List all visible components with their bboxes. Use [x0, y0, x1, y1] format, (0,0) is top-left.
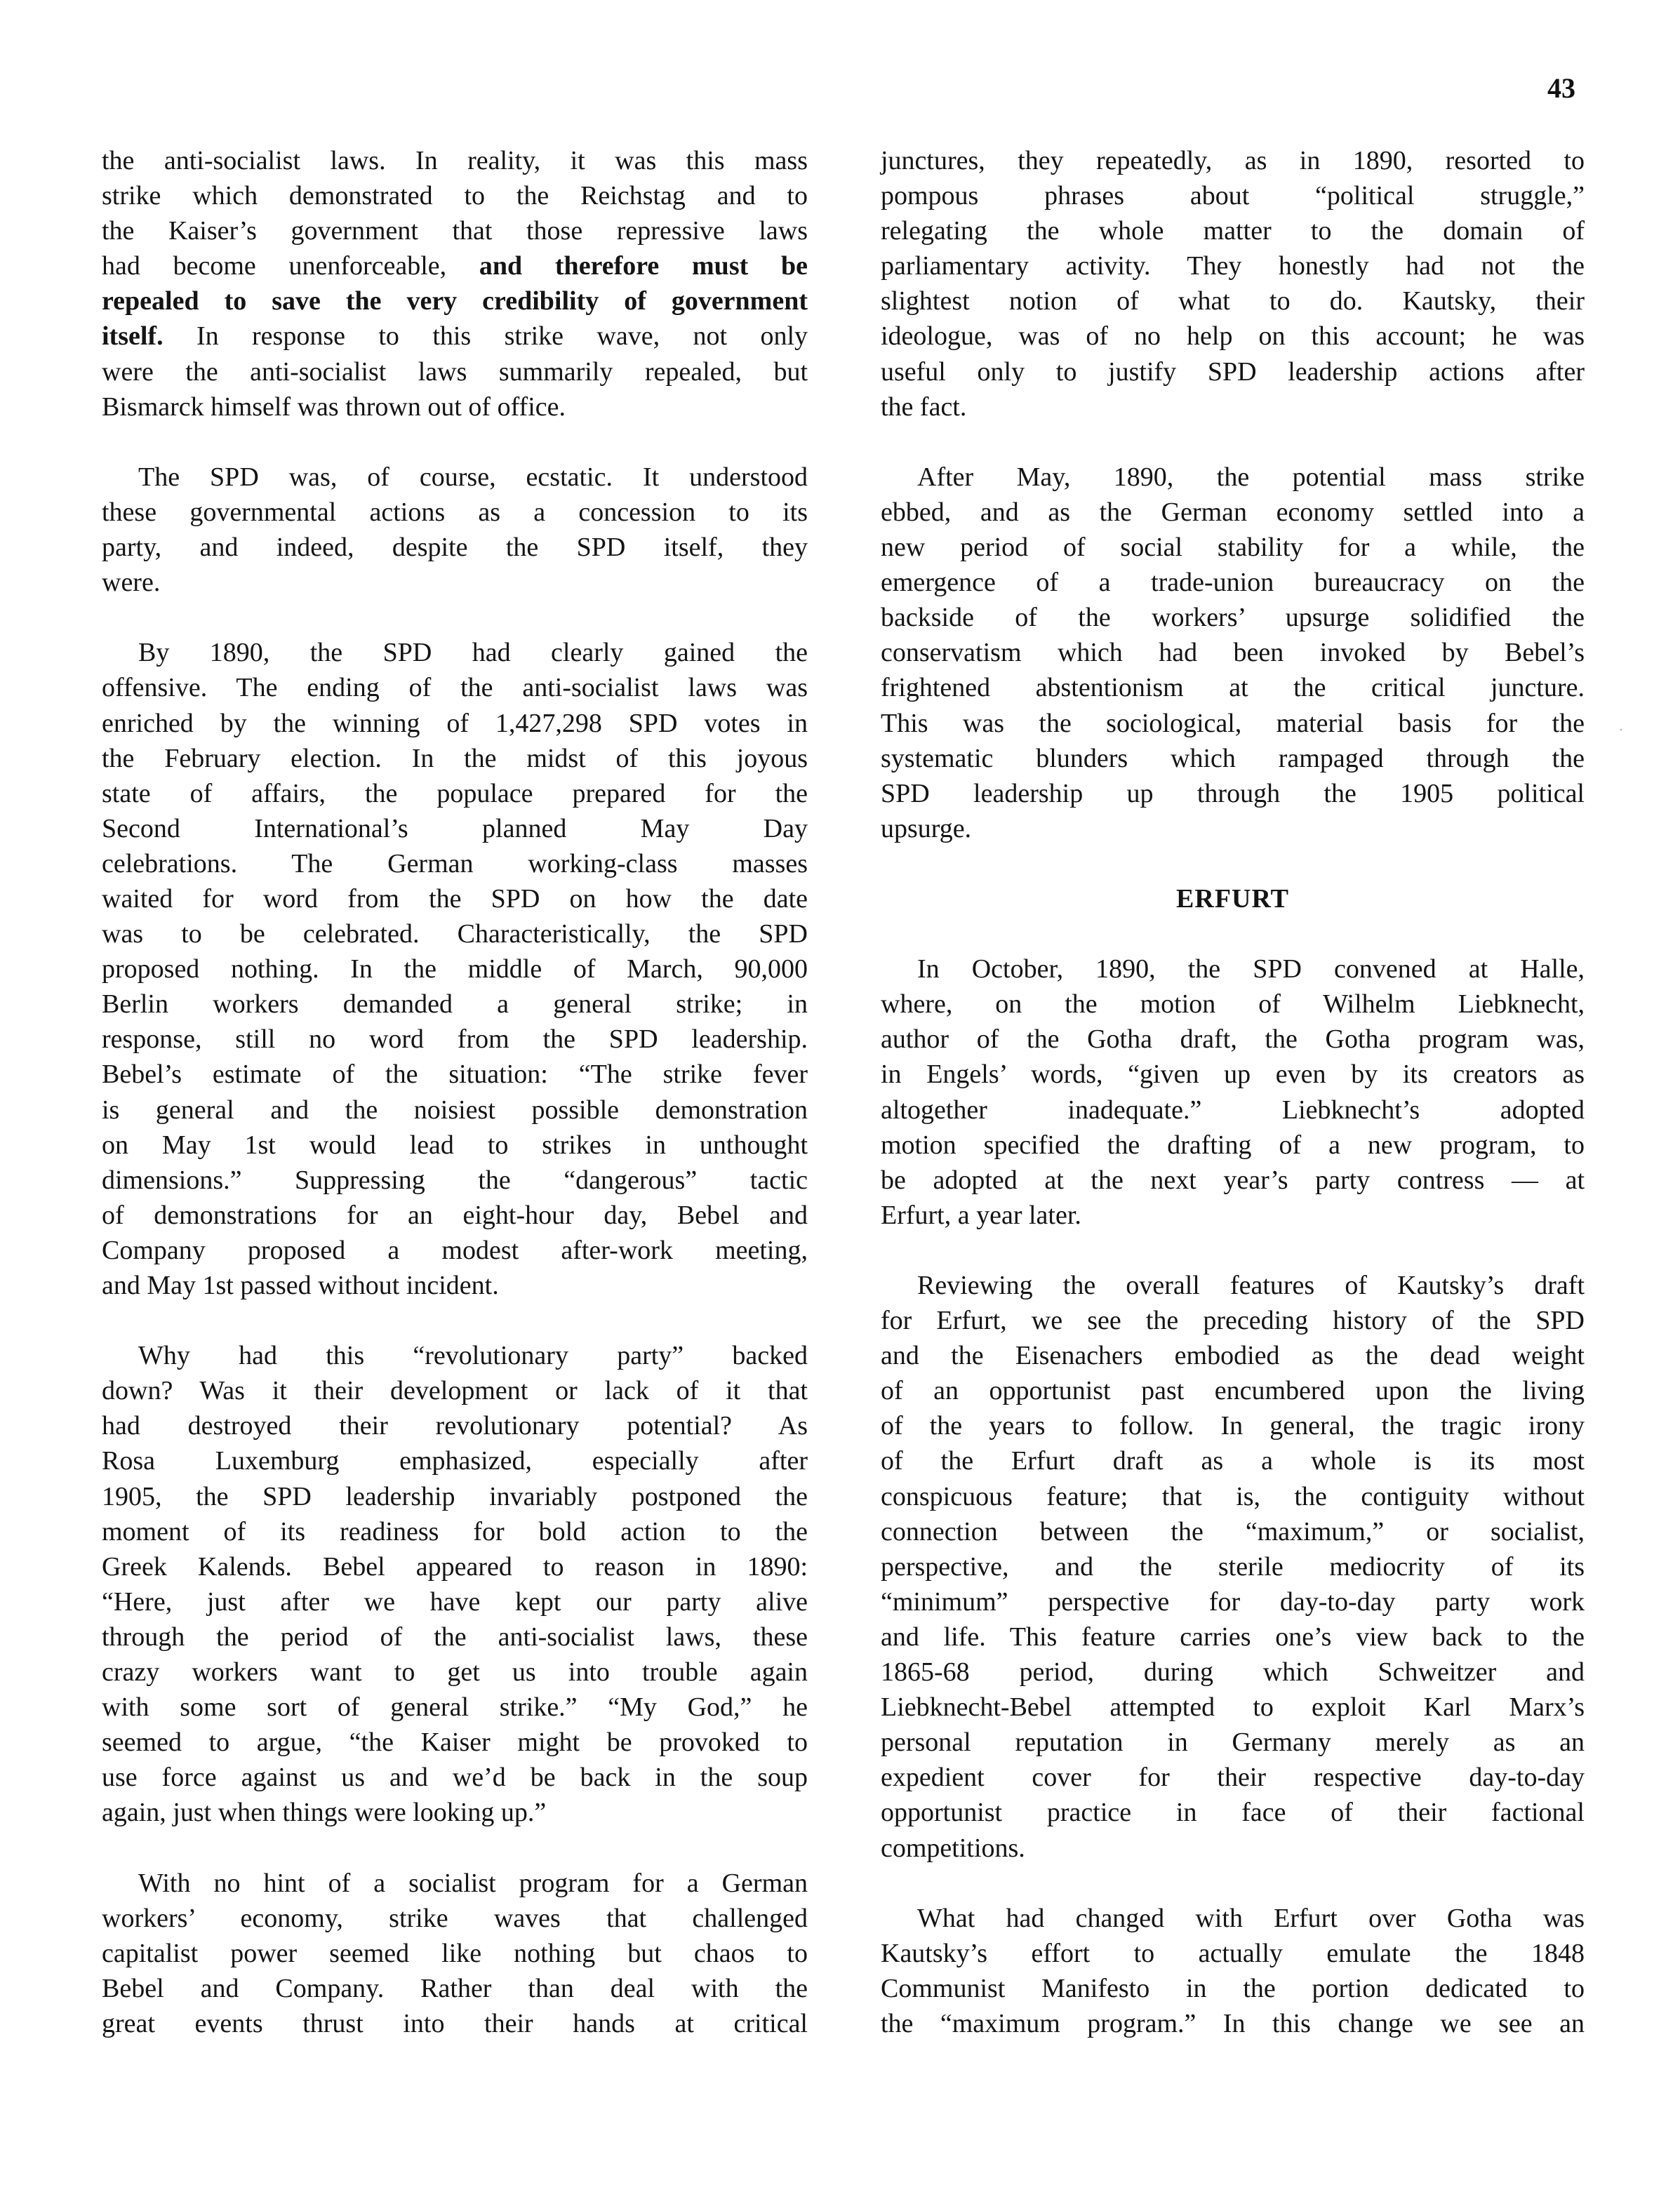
text-line: upsurge.	[881, 811, 1585, 846]
text-line-mixed: itself. In response to this strike wave,…	[102, 319, 808, 354]
text-line: The SPD was, of course, ecstatic. It und…	[102, 460, 808, 495]
text-line: through the period of the anti-socialist…	[102, 1619, 808, 1655]
text-line: What had changed with Erfurt over Gotha …	[881, 1901, 1585, 1936]
paragraph-october-1890: In October, 1890, the SPD convened at Ha…	[881, 951, 1585, 1233]
text-line: In October, 1890, the SPD convened at Ha…	[881, 951, 1585, 987]
paragraph-after-may-1890: After May, 1890, the potential mass stri…	[881, 460, 1585, 846]
text-line: on May 1st would lead to strikes in unth…	[102, 1128, 808, 1163]
text-line: Greek Kalends. Bebel appeared to reason …	[102, 1549, 808, 1584]
bold-emphasis: itself.	[102, 321, 164, 351]
text-line: conservatism which had been invoked by B…	[881, 635, 1585, 670]
text-line: motion specified the drafting of a new p…	[881, 1128, 1585, 1163]
text-line: capitalist power seemed like nothing but…	[102, 1936, 808, 1971]
text-line: systematic blunders which rampaged throu…	[881, 741, 1585, 776]
text-line: workers’ economy, strike waves that chal…	[102, 1901, 808, 1936]
text-line: of the years to follow. In general, the …	[881, 1408, 1585, 1443]
text-line: in Engels’ words, “given up even by its …	[881, 1057, 1585, 1092]
text-line: backside of the workers’ upsurge solidif…	[881, 600, 1585, 635]
text-line: party, and indeed, despite the SPD itsel…	[102, 530, 808, 565]
text-line: Bismarck himself was thrown out of offic…	[102, 389, 808, 425]
text-line: response, still no word from the SPD lea…	[102, 1022, 808, 1057]
text-line: and the Eisenachers embodied as the dead…	[881, 1338, 1585, 1373]
text-line: be adopted at the next year’s party cont…	[881, 1163, 1585, 1198]
text-line: “minimum” perspective for day-to-day par…	[881, 1584, 1585, 1619]
text-line: were the anti-socialist laws summarily r…	[102, 354, 808, 389]
text-line: waited for word from the SPD on how the …	[102, 881, 808, 916]
text-line: After May, 1890, the potential mass stri…	[881, 460, 1585, 495]
text-line: of the Erfurt draft as a whole is its mo…	[881, 1443, 1585, 1478]
text-line: of demonstrations for an eight-hour day,…	[102, 1198, 808, 1233]
text-line: Second International’s planned May Day	[102, 811, 808, 846]
text-line: perspective, and the sterile mediocrity …	[881, 1549, 1585, 1584]
text-line: strike which demonstrated to the Reichst…	[102, 178, 808, 213]
text-line: is general and the noisiest possible dem…	[102, 1092, 808, 1128]
text-line: and life. This feature carries one’s vie…	[881, 1619, 1585, 1655]
bold-emphasis-line: repealed to save the very credibility of…	[102, 283, 808, 319]
paragraph-reviewing-kautsky-draft: Reviewing the overall features of Kautsk…	[881, 1268, 1585, 1866]
right-column: junctures, they repeatedly, as in 1890, …	[881, 143, 1585, 2041]
text-line: moment of its readiness for bold action …	[102, 1514, 808, 1549]
page-number: 43	[1547, 73, 1596, 104]
text-line: emergence of a trade-union bureaucracy o…	[881, 565, 1585, 600]
text-line: useful only to justify SPD leadership ac…	[881, 354, 1585, 389]
text-line-mixed: had become unenforceable, and therefore …	[102, 248, 808, 283]
text-line: was to be celebrated. Characteristically…	[102, 916, 808, 951]
text-line: enriched by the winning of 1,427,298 SPD…	[102, 706, 808, 741]
text-line: had destroyed their revolutionary potent…	[102, 1408, 808, 1443]
text-line: the “maximum program.” In this change we…	[881, 2006, 1585, 2041]
text-line: new period of social stability for a whi…	[881, 530, 1585, 565]
paragraph-anti-socialist-laws: the anti-socialist laws. In reality, it …	[102, 143, 808, 425]
text-line: Company proposed a modest after-work mee…	[102, 1233, 808, 1268]
paragraph-junctures: junctures, they repeatedly, as in 1890, …	[881, 143, 1585, 425]
bold-emphasis: and therefore must be	[479, 251, 808, 281]
text-line: the Kaiser’s government that those repre…	[102, 213, 808, 248]
text-segment: In response to this strike wave, not onl…	[164, 321, 808, 351]
text-line: slightest notion of what to do. Kautsky,…	[881, 283, 1585, 319]
text-line: Rosa Luxemburg emphasized, especially af…	[102, 1443, 808, 1478]
text-line: where, on the motion of Wilhelm Liebknec…	[881, 987, 1585, 1022]
text-line: conspicuous feature; that is, the contig…	[881, 1479, 1585, 1514]
paragraph-spd-ecstatic: The SPD was, of course, ecstatic. It und…	[102, 460, 808, 600]
text-segment: had become unenforceable,	[102, 251, 479, 281]
text-line: This was the sociological, material basi…	[881, 706, 1585, 741]
text-line: Kautsky’s effort to actually emulate the…	[881, 1936, 1585, 1971]
text-line: celebrations. The German working-class m…	[102, 846, 808, 881]
text-line: Erfurt, a year later.	[881, 1198, 1585, 1233]
section-heading-erfurt: ERFURT	[881, 881, 1585, 916]
text-line: dimensions.” Suppressing the “dangerous”…	[102, 1163, 808, 1198]
text-line: expedient cover for their respective day…	[881, 1760, 1585, 1795]
text-line: Bebel and Company. Rather than deal with…	[102, 1971, 808, 2006]
text-line: and May 1st passed without incident.	[102, 1268, 808, 1303]
text-line: With no hint of a socialist program for …	[102, 1866, 808, 1901]
text-line: down? Was it their development or lack o…	[102, 1373, 808, 1408]
text-line: junctures, they repeatedly, as in 1890, …	[881, 143, 1585, 178]
text-line: frightened abstentionism at the critical…	[881, 670, 1585, 705]
text-line: pompous phrases about “political struggl…	[881, 178, 1585, 213]
text-line: state of affairs, the populace prepared …	[102, 776, 808, 811]
scan-speck	[1620, 729, 1622, 730]
text-line: Why had this “revolutionary party” backe…	[102, 1338, 808, 1373]
text-line: Communist Manifesto in the portion dedic…	[881, 1971, 1585, 2006]
text-line: author of the Gotha draft, the Gotha pro…	[881, 1022, 1585, 1057]
text-line: 1905, the SPD leadership invariably post…	[102, 1479, 808, 1514]
text-line: crazy workers want to get us into troubl…	[102, 1655, 808, 1690]
text-line: the fact.	[881, 389, 1585, 425]
text-line: SPD leadership up through the 1905 polit…	[881, 776, 1585, 811]
text-line: the February election. In the midst of t…	[102, 741, 808, 776]
text-line: opportunist practice in face of their fa…	[881, 1795, 1585, 1830]
text-line: for Erfurt, we see the preceding history…	[881, 1303, 1585, 1338]
text-line: Reviewing the overall features of Kautsk…	[881, 1268, 1585, 1303]
text-line: personal reputation in Germany merely as…	[881, 1725, 1585, 1760]
paragraph-why-backed-down: Why had this “revolutionary party” backe…	[102, 1338, 808, 1830]
text-line: ideologue, was of no help on this accoun…	[881, 319, 1585, 354]
text-line: use force against us and we’d be back in…	[102, 1760, 808, 1795]
text-line: “Here, just after we have kept our party…	[102, 1584, 808, 1619]
text-line: with some sort of general strike.” “My G…	[102, 1690, 808, 1725]
text-line: parliamentary activity. They honestly ha…	[881, 248, 1585, 283]
text-line: 1865-68 period, during which Schweitzer …	[881, 1655, 1585, 1690]
paragraph-no-hint-socialist-program: With no hint of a socialist program for …	[102, 1866, 808, 2041]
paragraph-by-1890: By 1890, the SPD had clearly gained the …	[102, 635, 808, 1303]
text-line: seemed to argue, “the Kaiser might be pr…	[102, 1725, 808, 1760]
left-column: the anti-socialist laws. In reality, it …	[102, 143, 808, 2041]
text-line: ebbed, and as the German economy settled…	[881, 495, 1585, 530]
text-line: altogether inadequate.” Liebknecht’s ado…	[881, 1092, 1585, 1128]
text-line: offensive. The ending of the anti-social…	[102, 670, 808, 705]
text-line: were.	[102, 565, 808, 600]
text-line: connection between the “maximum,” or soc…	[881, 1514, 1585, 1549]
text-line: these governmental actions as a concessi…	[102, 495, 808, 530]
text-line: Berlin workers demanded a general strike…	[102, 987, 808, 1022]
text-line: Bebel’s estimate of the situation: “The …	[102, 1057, 808, 1092]
text-line: relegating the whole matter to the domai…	[881, 213, 1585, 248]
text-line: Liebknecht-Bebel attempted to exploit Ka…	[881, 1690, 1585, 1725]
text-line: again, just when things were looking up.…	[102, 1795, 808, 1830]
text-line: By 1890, the SPD had clearly gained the	[102, 635, 808, 670]
paragraph-what-had-changed: What had changed with Erfurt over Gotha …	[881, 1901, 1585, 2041]
text-line: proposed nothing. In the middle of March…	[102, 951, 808, 987]
text-line: of an opportunist past encumbered upon t…	[881, 1373, 1585, 1408]
text-line: great events thrust into their hands at …	[102, 2006, 808, 2041]
text-line: the anti-socialist laws. In reality, it …	[102, 143, 808, 178]
text-line: competitions.	[881, 1831, 1585, 1866]
